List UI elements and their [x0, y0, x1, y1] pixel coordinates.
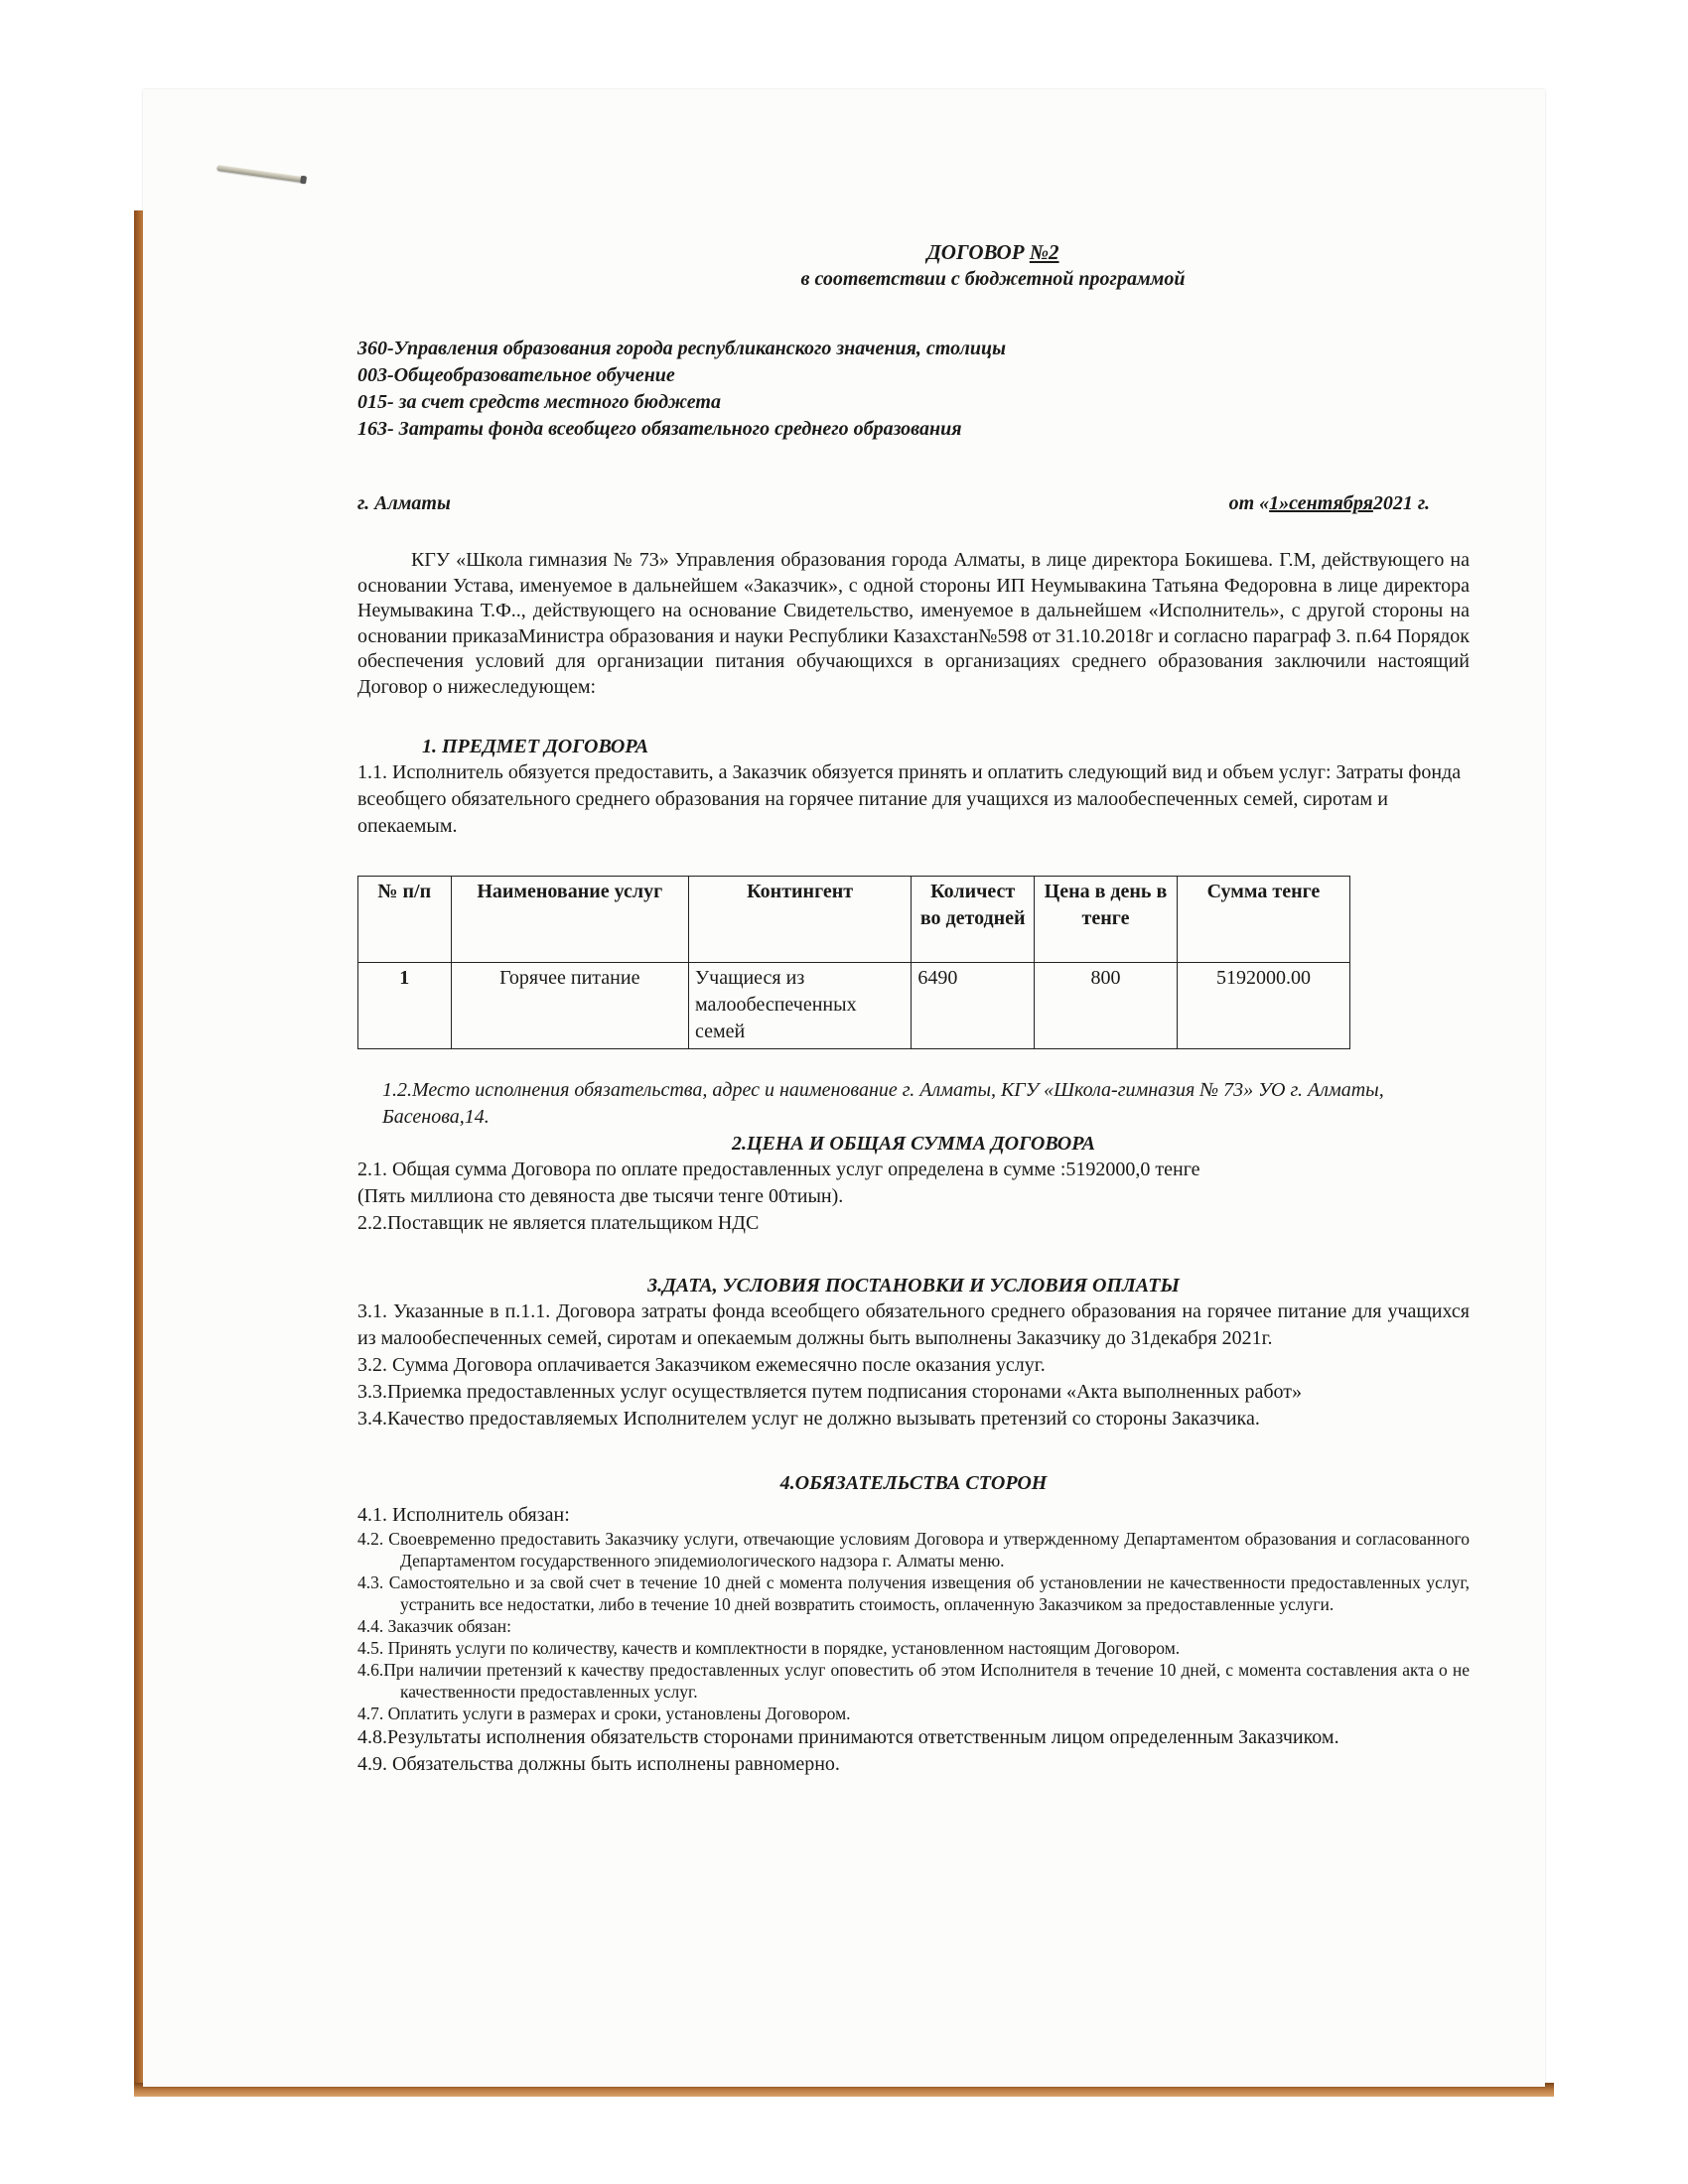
clause-2-1-amount-words: (Пять миллиона сто девяноста две тысячи …	[357, 1183, 1470, 1210]
contract-document: ДОГОВОР №2 в соответствии с бюджетной пр…	[357, 238, 1470, 1777]
cell-quantity: 6490	[912, 963, 1035, 1049]
header-price: Цена в день в тенге	[1035, 877, 1178, 963]
section-1-heading: 1. ПРЕДМЕТ ДОГОВОРА	[357, 734, 1470, 759]
cell-price: 800	[1035, 963, 1178, 1049]
clause-4-2: 4.2. Своевременно предоставить Заказчику…	[357, 1528, 1470, 1571]
section-4-clauses: 4.1. Исполнитель обязан: 4.2. Своевремен…	[357, 1502, 1470, 1777]
header-number: № п/п	[358, 877, 452, 963]
date-prefix: от «	[1229, 492, 1270, 514]
header-sum: Сумма тенге	[1177, 877, 1349, 963]
header-contingent: Контингент	[688, 877, 911, 963]
clause-4-3: 4.3. Самостоятельно и за свой счет в теч…	[357, 1571, 1470, 1615]
budget-line: 163- Затраты фонда всеобщего обязательно…	[357, 416, 1470, 443]
clause-3-4: 3.4.Качество предоставляемых Исполнителе…	[357, 1406, 1470, 1433]
section-4-heading: 4.ОБЯЗАТЕЛЬСТВА СТОРОН	[357, 1470, 1470, 1496]
section-3-heading: 3.ДАТА, УСЛОВИЯ ПОСТАНОВКИ И УСЛОВИЯ ОПЛ…	[357, 1273, 1470, 1298]
budget-line: 360-Управления образования города респуб…	[357, 336, 1470, 362]
cell-sum: 5192000.00	[1177, 963, 1349, 1049]
table-row: 1 Горячее питание Учащиеся из малообеспе…	[358, 963, 1350, 1049]
cell-contingent: Учащиеся из малообеспеченных семей	[688, 963, 911, 1049]
contract-number: №2	[1030, 240, 1059, 264]
preamble-paragraph: КГУ «Школа гимназия № 73» Управления обр…	[357, 548, 1470, 700]
header-service-name: Наименование услуг	[451, 877, 688, 963]
header-quantity: Количест во детодней	[912, 877, 1035, 963]
services-table: № п/п Наименование услуг Контингент Коли…	[357, 876, 1350, 1049]
contract-date: от «1»сентября2021 г.	[1229, 490, 1430, 516]
clause-4-4: 4.4. Заказчик обязан:	[357, 1615, 1470, 1637]
clause-2-2: 2.2.Поставщик не является плательщиком Н…	[357, 1210, 1470, 1237]
table-header-row: № п/п Наименование услуг Контингент Коли…	[358, 877, 1350, 963]
place-and-date: г. Алматы от «1»сентября2021 г.	[357, 490, 1470, 516]
cell-number: 1	[358, 963, 452, 1049]
clause-4-7: 4.7. Оплатить услуги в размерах и сроки,…	[357, 1703, 1470, 1724]
contract-title-prefix: ДОГОВОР	[926, 240, 1029, 264]
clause-4-8: 4.8.Результаты исполнения обязательств с…	[357, 1724, 1470, 1751]
date-year: 2021 г.	[1373, 492, 1430, 514]
contract-subtitle: в соответствии с бюджетной программой	[516, 266, 1470, 292]
contract-title: ДОГОВОР №2	[516, 238, 1470, 266]
clause-4-9: 4.9. Обязательства должны быть исполнены…	[357, 1751, 1470, 1777]
clause-2-1: 2.1. Общая сумма Договора по оплате пред…	[357, 1157, 1470, 1183]
clause-4-5: 4.5. Принять услуги по количеству, качес…	[357, 1637, 1470, 1659]
contract-place: г. Алматы	[357, 490, 451, 516]
clause-3-3: 3.3.Приемка предоставленных услуг осущес…	[357, 1379, 1470, 1406]
date-day-month: 1»сентября	[1269, 492, 1373, 514]
budget-line: 015- за счет средств местного бюджета	[357, 389, 1470, 416]
clause-3-2: 3.2. Сумма Договора оплачивается Заказчи…	[357, 1352, 1470, 1379]
section-2-heading: 2.ЦЕНА И ОБЩАЯ СУММА ДОГОВОРА	[357, 1131, 1470, 1157]
clause-4-1: 4.1. Исполнитель обязан:	[357, 1502, 1470, 1528]
clause-4-6: 4.6.При наличии претензий к качеству пре…	[357, 1659, 1470, 1703]
clause-1-2: 1.2.Место исполнения обязательства, адре…	[357, 1077, 1470, 1131]
cell-service-name: Горячее питание	[451, 963, 688, 1049]
budget-line: 003-Общеобразовательное обучение	[357, 362, 1470, 389]
clause-1-1: 1.1. Исполнитель обязуется предоставить,…	[357, 759, 1470, 840]
budget-program-lines: 360-Управления образования города респуб…	[357, 336, 1470, 443]
clause-3-1: 3.1. Указанные в п.1.1. Договора затраты…	[357, 1298, 1470, 1352]
